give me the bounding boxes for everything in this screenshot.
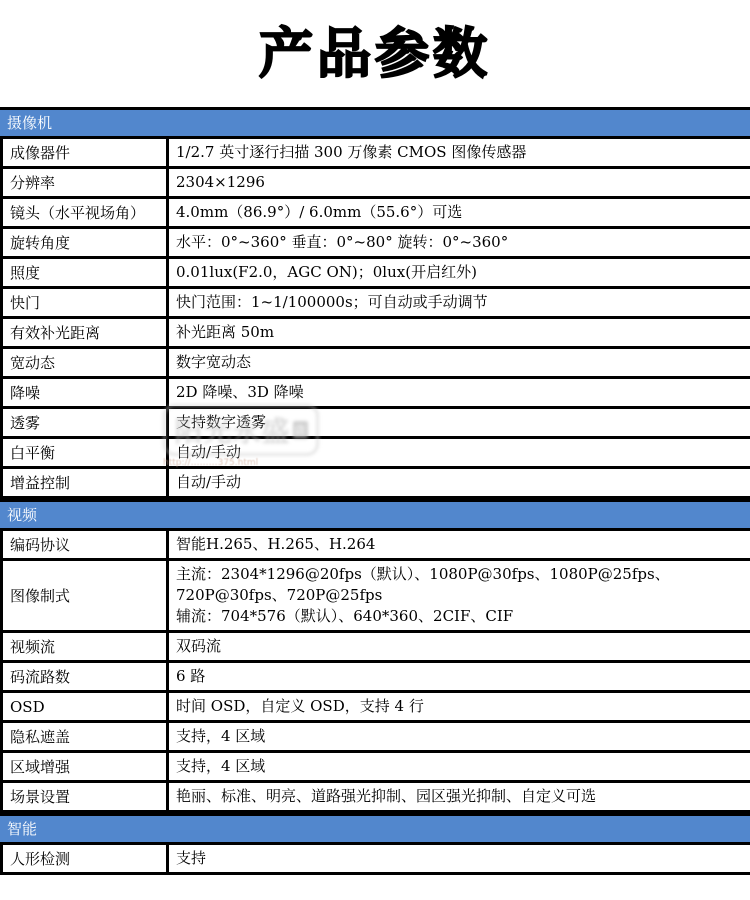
spec-table: 摄像机成像器件1/2.7 英寸逐行扫描 300 万像素 CMOS 图像传感器分辨…: [0, 107, 750, 875]
table-row: 旋转角度水平：0°~360° 垂直：0°~80° 旋转：0°~360°: [0, 229, 750, 259]
row-value-text: 自动/手动: [176, 442, 241, 463]
row-value: 数字宽动态: [169, 349, 750, 376]
row-label: 镜头（水平视场角）: [3, 199, 169, 226]
row-value: 1/2.7 英寸逐行扫描 300 万像素 CMOS 图像传感器: [169, 139, 750, 166]
row-value: 2D 降噪、3D 降噪: [169, 379, 750, 406]
row-value: 水平：0°~360° 垂直：0°~80° 旋转：0°~360°: [169, 229, 750, 256]
row-value-text: 水平：0°~360° 垂直：0°~80° 旋转：0°~360°: [176, 232, 508, 253]
table-row: 编码协议智能H.265、H.265、H.264: [0, 531, 750, 561]
row-label: 降噪: [3, 379, 169, 406]
table-row: 区域增强支持，4 区域: [0, 753, 750, 783]
row-value-text: 补光距离 50m: [176, 322, 274, 343]
section-header: 摄像机: [0, 107, 750, 139]
table-row: 场景设置艳丽、标准、明亮、道路强光抑制、园区强光抑制、自定义可选: [0, 783, 750, 813]
row-value: 双码流: [169, 633, 750, 660]
row-value: 6 路: [169, 663, 750, 690]
row-value-text: 时间 OSD，自定义 OSD，支持 4 行: [176, 696, 424, 717]
row-value: 主流：2304*1296@20fps（默认）、1080P@30fps、1080P…: [169, 561, 750, 630]
table-row: 宽动态数字宽动态: [0, 349, 750, 379]
row-label: 增益控制: [3, 469, 169, 496]
row-value-text: 主流：2304*1296@20fps（默认）、1080P@30fps、1080P…: [176, 564, 744, 627]
table-row: 成像器件1/2.7 英寸逐行扫描 300 万像素 CMOS 图像传感器: [0, 139, 750, 169]
row-label: 成像器件: [3, 139, 169, 166]
row-value: 支持: [169, 845, 750, 872]
row-label: 照度: [3, 259, 169, 286]
row-value-text: 自动/手动: [176, 472, 241, 493]
row-value: 智能H.265、H.265、H.264: [169, 531, 750, 558]
row-value-text: 支持数字透雾: [176, 412, 266, 433]
row-label: 人形检测: [3, 845, 169, 872]
section-header: 智能: [0, 813, 750, 845]
row-label: 白平衡: [3, 439, 169, 466]
table-row: 镜头（水平视场角）4.0mm（86.9°）/ 6.0mm（55.6°）可选: [0, 199, 750, 229]
row-value-text: 0.01lux(F2.0，AGC ON)；0lux(开启红外): [176, 262, 477, 283]
row-value-text: 1/2.7 英寸逐行扫描 300 万像素 CMOS 图像传感器: [176, 142, 526, 163]
table-row: 视频流双码流: [0, 633, 750, 663]
table-row: 快门快门范围：1~1/100000s；可自动或手动调节: [0, 289, 750, 319]
row-label: 透雾: [3, 409, 169, 436]
row-value: 4.0mm（86.9°）/ 6.0mm（55.6°）可选: [169, 199, 750, 226]
table-row: 码流路数6 路: [0, 663, 750, 693]
row-value-text: 快门范围：1~1/100000s；可自动或手动调节: [176, 292, 488, 313]
row-label: 图像制式: [3, 561, 169, 630]
row-value-text: 数字宽动态: [176, 352, 251, 373]
row-value: 艳丽、标准、明亮、道路强光抑制、园区强光抑制、自定义可选: [169, 783, 750, 810]
row-label: 区域增强: [3, 753, 169, 780]
row-value-text: 双码流: [176, 636, 221, 657]
row-value: 2304×1296: [169, 169, 750, 196]
row-value-text: 2D 降噪、3D 降噪: [176, 382, 304, 403]
table-row: 分辨率2304×1296: [0, 169, 750, 199]
row-label: 宽动态: [3, 349, 169, 376]
table-row: 图像制式主流：2304*1296@20fps（默认）、1080P@30fps、1…: [0, 561, 750, 633]
row-value-text: 艳丽、标准、明亮、道路强光抑制、园区强光抑制、自定义可选: [176, 786, 596, 807]
row-value-text: 支持，4 区域: [176, 756, 265, 777]
section-header: 视频: [0, 499, 750, 531]
row-label: 隐私遮盖: [3, 723, 169, 750]
row-value: 支持，4 区域: [169, 723, 750, 750]
page-title: 产品参数: [259, 27, 491, 81]
row-label: 码流路数: [3, 663, 169, 690]
row-label: OSD: [3, 693, 169, 720]
table-row: 降噪2D 降噪、3D 降噪: [0, 379, 750, 409]
row-value-text: 智能H.265、H.265、H.264: [176, 534, 375, 555]
table-row: 增益控制自动/手动: [0, 469, 750, 499]
table-row: OSD时间 OSD，自定义 OSD，支持 4 行: [0, 693, 750, 723]
row-value-text: 2304×1296: [176, 172, 265, 193]
table-row: 有效补光距离补光距离 50m: [0, 319, 750, 349]
row-value: 0.01lux(F2.0，AGC ON)；0lux(开启红外): [169, 259, 750, 286]
row-value-text: 4.0mm（86.9°）/ 6.0mm（55.6°）可选: [176, 202, 462, 223]
row-label: 旋转角度: [3, 229, 169, 256]
row-label: 快门: [3, 289, 169, 316]
title-block: 产品参数: [0, 0, 750, 107]
row-value-text: 支持，4 区域: [176, 726, 265, 747]
row-value: 自动/手动: [169, 469, 750, 496]
table-row: 隐私遮盖支持，4 区域: [0, 723, 750, 753]
row-value: 支持数字透雾: [169, 409, 750, 436]
row-value-text: 6 路: [176, 666, 205, 687]
row-value: 补光距离 50m: [169, 319, 750, 346]
row-value: 时间 OSD，自定义 OSD，支持 4 行: [169, 693, 750, 720]
table-row: 人形检测支持: [0, 845, 750, 875]
row-value: 快门范围：1~1/100000s；可自动或手动调节: [169, 289, 750, 316]
row-label: 分辨率: [3, 169, 169, 196]
row-label: 编码协议: [3, 531, 169, 558]
row-label: 场景设置: [3, 783, 169, 810]
row-label: 有效补光距离: [3, 319, 169, 346]
table-row: 透雾支持数字透雾: [0, 409, 750, 439]
table-row: 照度0.01lux(F2.0，AGC ON)；0lux(开启红外): [0, 259, 750, 289]
row-value: 支持，4 区域: [169, 753, 750, 780]
table-row: 白平衡自动/手动: [0, 439, 750, 469]
row-label: 视频流: [3, 633, 169, 660]
row-value-text: 支持: [176, 848, 206, 869]
row-value: 自动/手动: [169, 439, 750, 466]
